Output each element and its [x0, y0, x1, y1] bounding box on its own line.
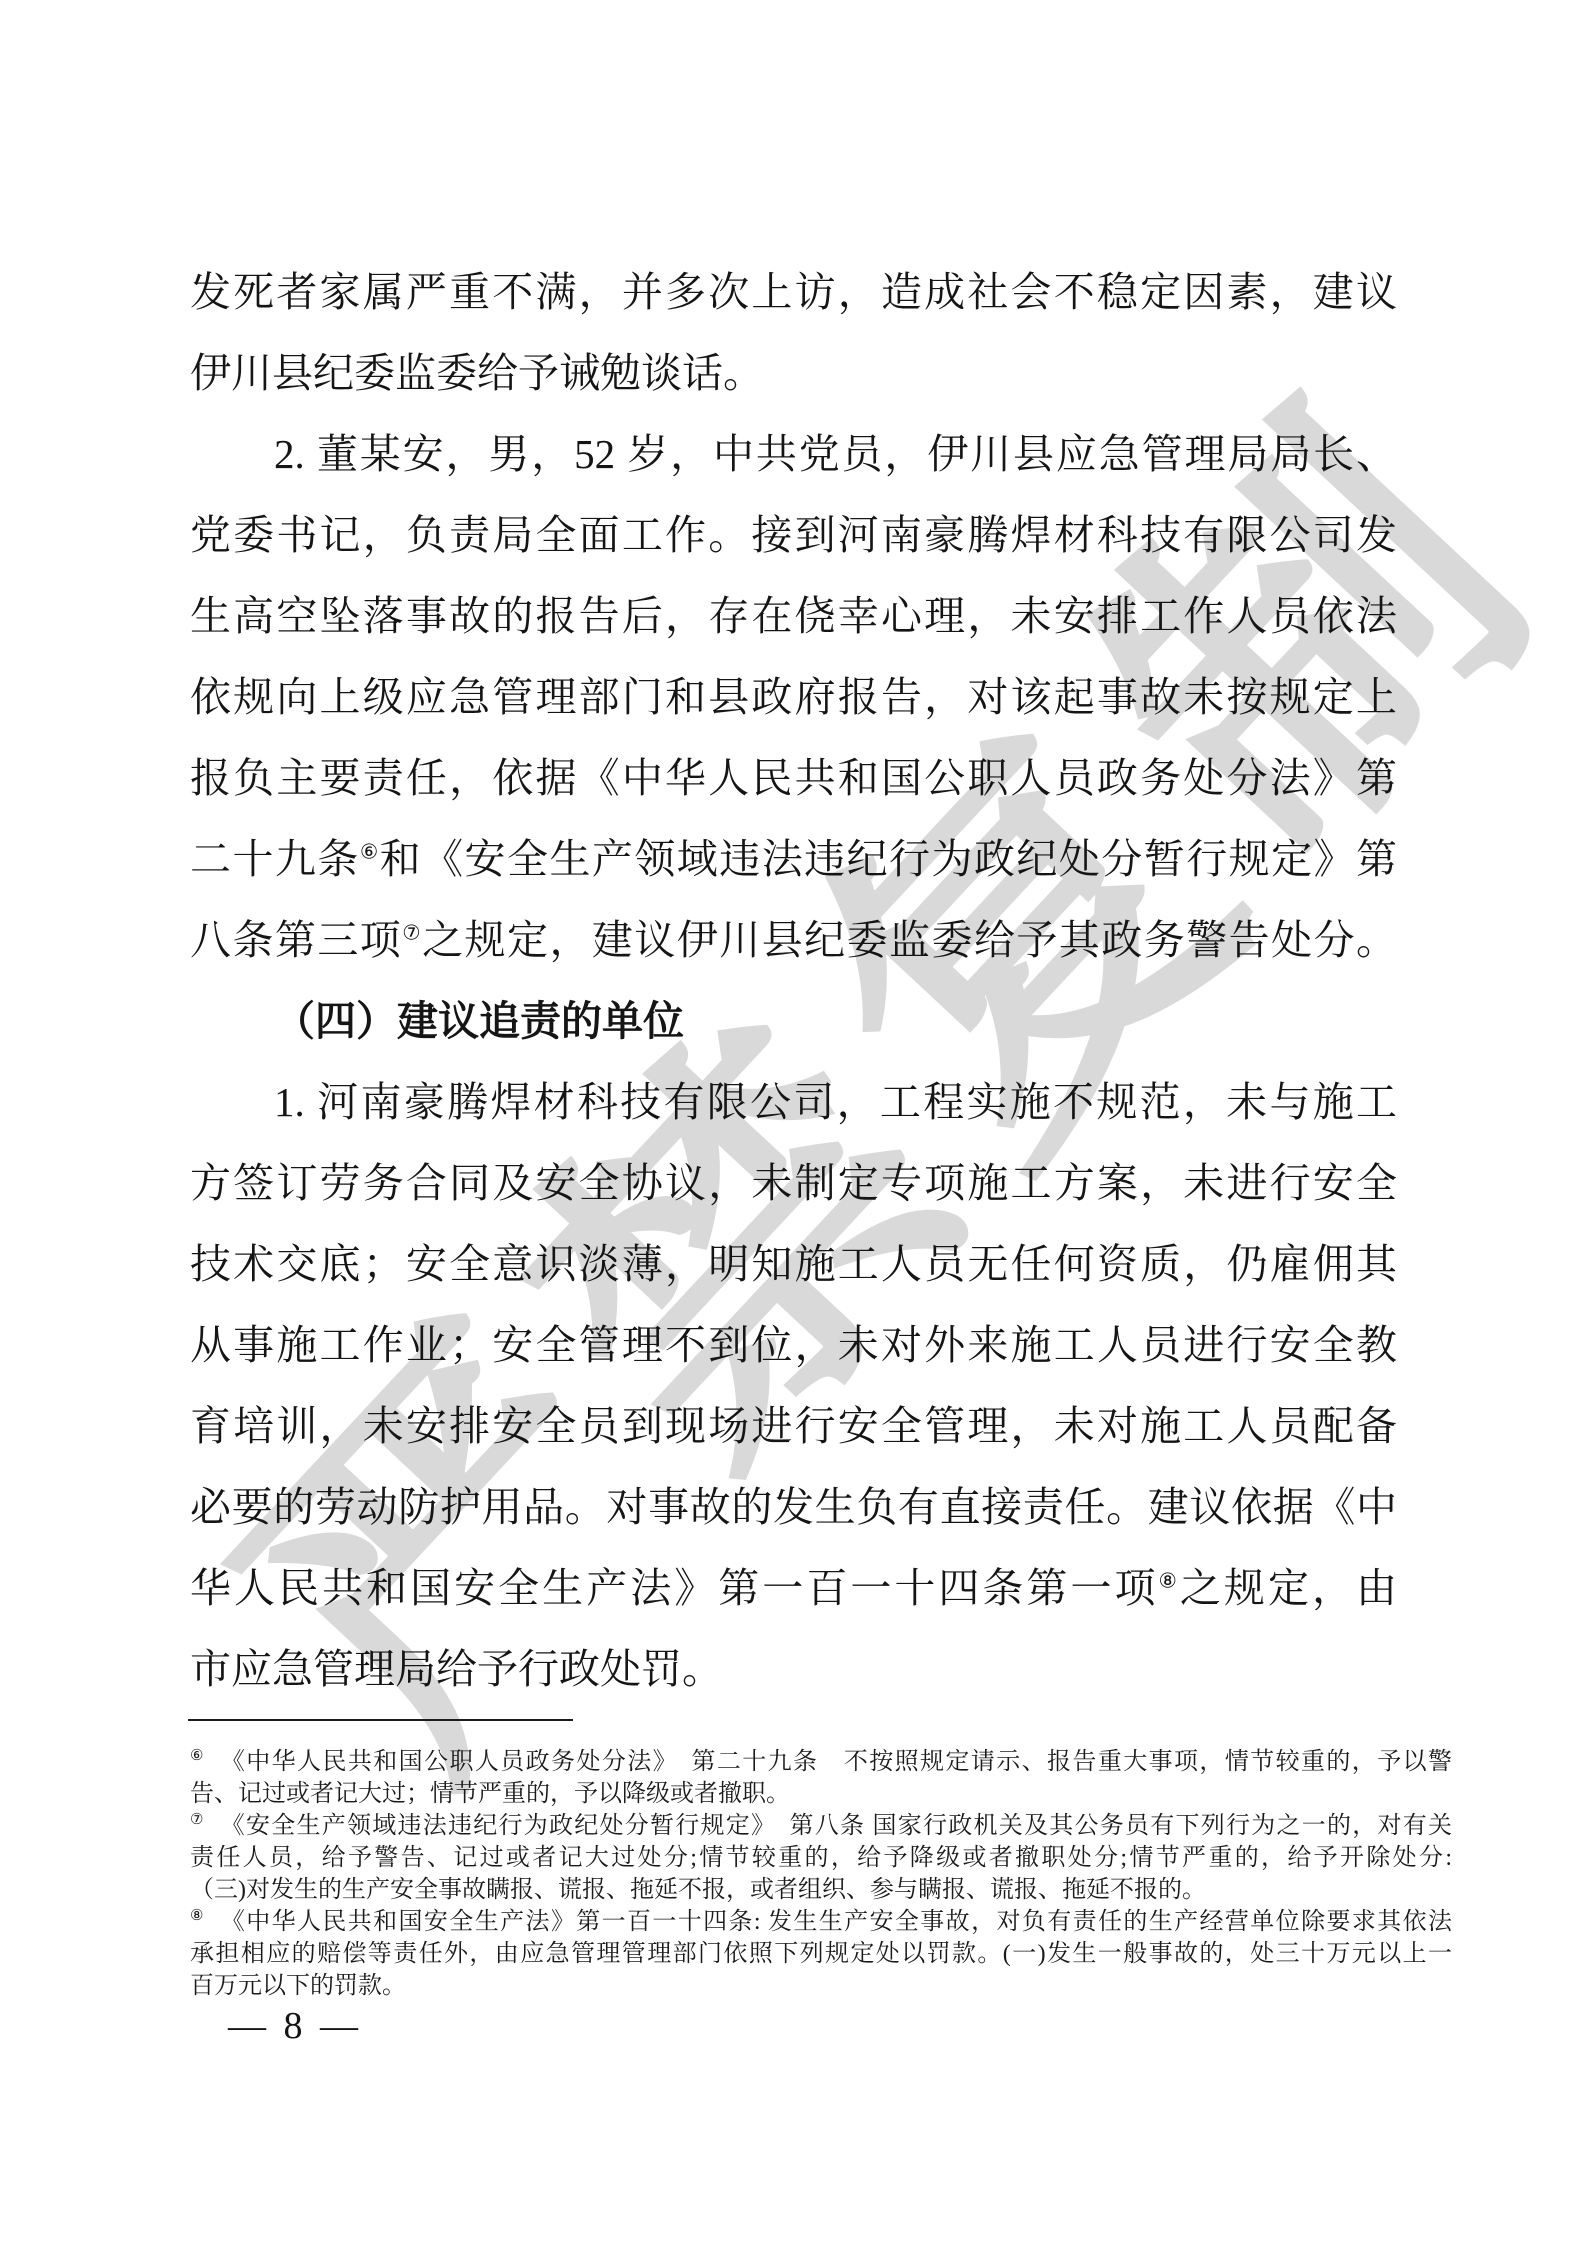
footnote-line: 责任人员，给予警告、记过或者记大过处分;情节较重的，给予降级或者撤职处分;情节严…	[190, 1842, 1452, 1874]
footnote-line: ⑦《安全生产领域违法违纪行为政纪处分暂行规定》 第八条 国家行政机关及其公务员有…	[190, 1810, 1452, 1842]
footnote-ref: ⑦	[402, 922, 422, 944]
body-line: 生高空坠落事故的报告后，存在侥幸心理，未安排工作人员依法	[190, 576, 1397, 657]
footnote-line: 承担相应的赔偿等责任外，由应急管理管理部门依照下列规定处以罚款。(一)发生一般事…	[190, 1938, 1452, 1970]
document-page: 严禁复制 发死者家属严重不满，并多次上访，造成社会不稳定因素，建议伊川县纪委监委…	[0, 0, 1587, 2245]
footnote-ref: ⑧	[1159, 1570, 1180, 1592]
body-line: 市应急管理局给予行政处罚。	[190, 1629, 1397, 1710]
body-line: 技术交底；安全意识淡薄，明知施工人员无任何资质，仍雇佣其	[190, 1224, 1397, 1305]
footnote-marker: ⑥	[190, 1748, 205, 1764]
body-text: 发死者家属严重不满，并多次上访，造成社会不稳定因素，建议伊川县纪委监委给予诫勉谈…	[190, 252, 1397, 1710]
footnote-marker: ⑧	[190, 1908, 205, 1924]
footnote-line: 告、记过或者记大过；情节严重的，予以降级或者撤职。	[190, 1778, 1452, 1810]
body-line: 1. 河南豪腾焊材科技有限公司，工程实施不规范，未与施工	[190, 1062, 1397, 1143]
footnote-line: 百万元以下的罚款。	[190, 1970, 1452, 2002]
body-line: 育培训，未安排安全员到现场进行安全管理，未对施工人员配备	[190, 1386, 1397, 1467]
page-number: — 8 —	[228, 2004, 362, 2048]
footnote-line: ⑧《中华人民共和国安全生产法》第一百一十四条: 发生生产安全事故，对负有责任的生…	[190, 1906, 1452, 1938]
body-line: 党委书记，负责局全面工作。接到河南豪腾焊材科技有限公司发	[190, 495, 1397, 576]
footnote-line: （三)对发生的生产安全事故瞒报、谎报、拖延不报，或者组织、参与瞒报、谎报、拖延不…	[190, 1874, 1452, 1906]
footnote-marker: ⑦	[190, 1812, 205, 1828]
body-line: 华人民共和国安全生产法》第一百一十四条第一项⑧之规定，由	[190, 1548, 1397, 1629]
body-line: 八条第三项⑦之规定，建议伊川县纪委监委给予其政务警告处分。	[190, 900, 1397, 981]
body-line: 伊川县纪委监委给予诫勉谈话。	[190, 333, 1397, 414]
body-line: 方签订劳务合同及安全协议，未制定专项施工方案，未进行安全	[190, 1143, 1397, 1224]
body-line: 2. 董某安，男，52 岁，中共党员，伊川县应急管理局局长、	[190, 414, 1397, 495]
body-line: 从事施工作业；安全管理不到位，未对外来施工人员进行安全教	[190, 1305, 1397, 1386]
footnote-separator	[188, 1719, 573, 1721]
body-line: 二十九条⑥和《安全生产领域违法违纪行为政纪处分暂行规定》第	[190, 819, 1397, 900]
body-line: （四）建议追责的单位	[190, 981, 1397, 1062]
body-line: 报负主要责任，依据《中华人民共和国公职人员政务处分法》第	[190, 738, 1397, 819]
footnotes: ⑥《中华人民共和国公职人员政务处分法》 第二十九条 不按照规定请示、报告重大事项…	[190, 1746, 1452, 2002]
footnote-ref: ⑥	[360, 841, 380, 863]
body-line: 依规向上级应急管理部门和县政府报告，对该起事故未按规定上	[190, 657, 1397, 738]
body-line: 必要的劳动防护用品。对事故的发生负有直接责任。建议依据《中	[190, 1467, 1397, 1548]
footnote-line: ⑥《中华人民共和国公职人员政务处分法》 第二十九条 不按照规定请示、报告重大事项…	[190, 1746, 1452, 1778]
body-line: 发死者家属严重不满，并多次上访，造成社会不稳定因素，建议	[190, 252, 1397, 333]
